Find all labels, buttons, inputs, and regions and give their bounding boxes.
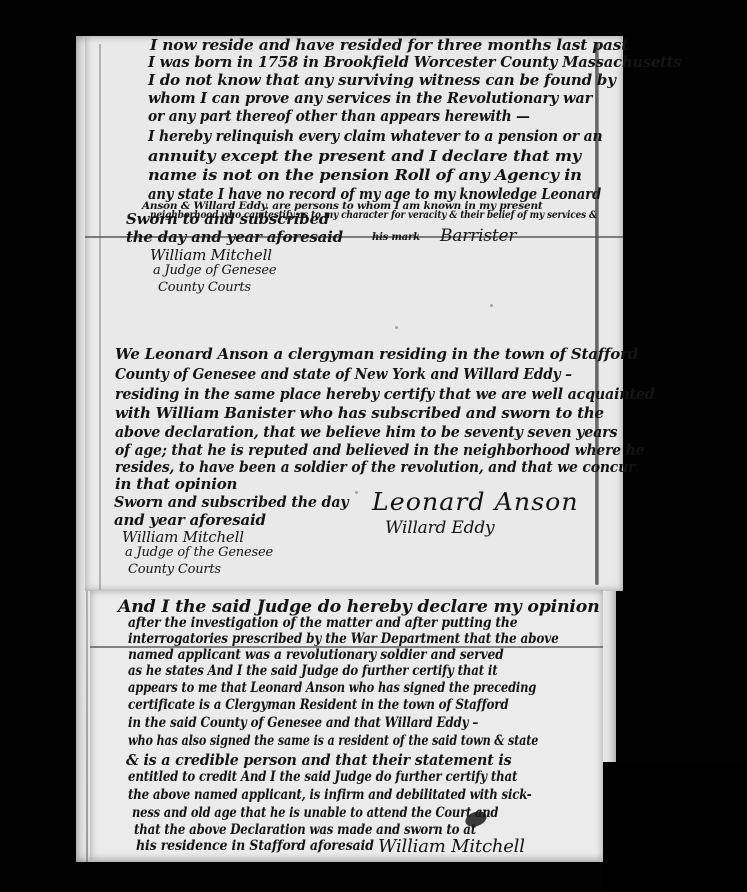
certificate-line: above declaration, that we believe him t…	[115, 423, 617, 441]
certificate-line: resides, to have been a soldier of the r…	[115, 458, 635, 476]
certificate-line: County of Genesee and state of New York …	[115, 365, 572, 383]
declaration-line: I now reside and have resided for three …	[150, 36, 628, 54]
declaration-line: the day and year aforesaid	[126, 228, 343, 246]
certificate-line: of age; that he is reputed and believed …	[115, 441, 644, 459]
paper-speck	[355, 491, 358, 494]
judge-title: a Judge of the Genesee	[125, 545, 273, 560]
document-viewer: I now reside and have resided for three …	[0, 0, 747, 892]
sworn-line: Sworn and subscribed the day	[114, 493, 348, 511]
opinion-line: interrogatories prescribed by the War De…	[128, 631, 559, 647]
paper-speck	[395, 326, 398, 329]
certificate-line: We Leonard Anson a clergyman residing in…	[115, 345, 638, 363]
judge-title: a Judge of Genesee	[153, 263, 276, 278]
certificate-line: in that opinion	[115, 475, 237, 493]
sworn-line: and year aforesaid	[114, 511, 266, 529]
claimant-signature: Barrister	[440, 226, 516, 246]
declaration-line: whom I can prove any services in the Rev…	[148, 89, 592, 107]
opinion-line: certificate is a Clergyman Resident in t…	[128, 697, 509, 713]
judge-court: County Courts	[158, 280, 251, 295]
declaration-line: I was born in 1758 in Brookfield Worcest…	[148, 53, 681, 71]
page-fold-right	[595, 42, 599, 585]
declaration-line: or any part thereof other than appears h…	[148, 107, 530, 125]
opinion-line: named applicant was a revolutionary sold…	[128, 647, 504, 663]
declaration-line: name is not on the pension Roll of any A…	[148, 166, 582, 184]
paper-speck	[490, 304, 493, 307]
judge-signature: William Mitchell	[378, 836, 525, 857]
opinion-line: ness and old age that he is unable to at…	[132, 805, 498, 821]
judge-name: William Mitchell	[122, 528, 244, 546]
his-mark: his mark	[372, 232, 420, 243]
opinion-line: & is a credible person and that their st…	[126, 751, 511, 769]
page-fold-left	[99, 44, 101, 591]
opinion-line: entitled to credit And I the said Judge …	[128, 769, 517, 785]
opinion-line: after the investigation of the matter an…	[128, 615, 517, 631]
judge-name: William Mitchell	[150, 246, 272, 264]
judge-court: County Courts	[128, 562, 221, 577]
certificate-line: residing in the same place hereby certif…	[115, 385, 655, 403]
opinion-line: And I the said Judge do hereby declare m…	[118, 597, 600, 617]
witness-signature-anson: Leonard Anson	[372, 488, 579, 516]
declaration-line: I do not know that any surviving witness…	[148, 71, 616, 89]
opinion-line: as he states And I the said Judge do fur…	[128, 663, 497, 679]
opinion-line: the above named applicant, is infirm and…	[128, 787, 531, 803]
opinion-line: appears to me that Leonard Anson who has…	[128, 680, 536, 696]
declaration-line: annuity except the present and I declare…	[148, 147, 581, 165]
opinion-line: his residence in Stafford aforesaid	[136, 838, 374, 854]
witness-signature-eddy: Willard Eddy	[385, 518, 494, 538]
declaration-line: Sworn to and subscribed	[126, 210, 329, 228]
certificate-line: with William Banister who has subscribed…	[115, 404, 604, 422]
opinion-line: who has also signed the same is a reside…	[128, 733, 538, 749]
declaration-line: I hereby relinquish every claim whatever…	[148, 127, 602, 145]
scan-background	[603, 762, 747, 892]
opinion-line: in the said County of Genesee and that W…	[128, 715, 478, 731]
